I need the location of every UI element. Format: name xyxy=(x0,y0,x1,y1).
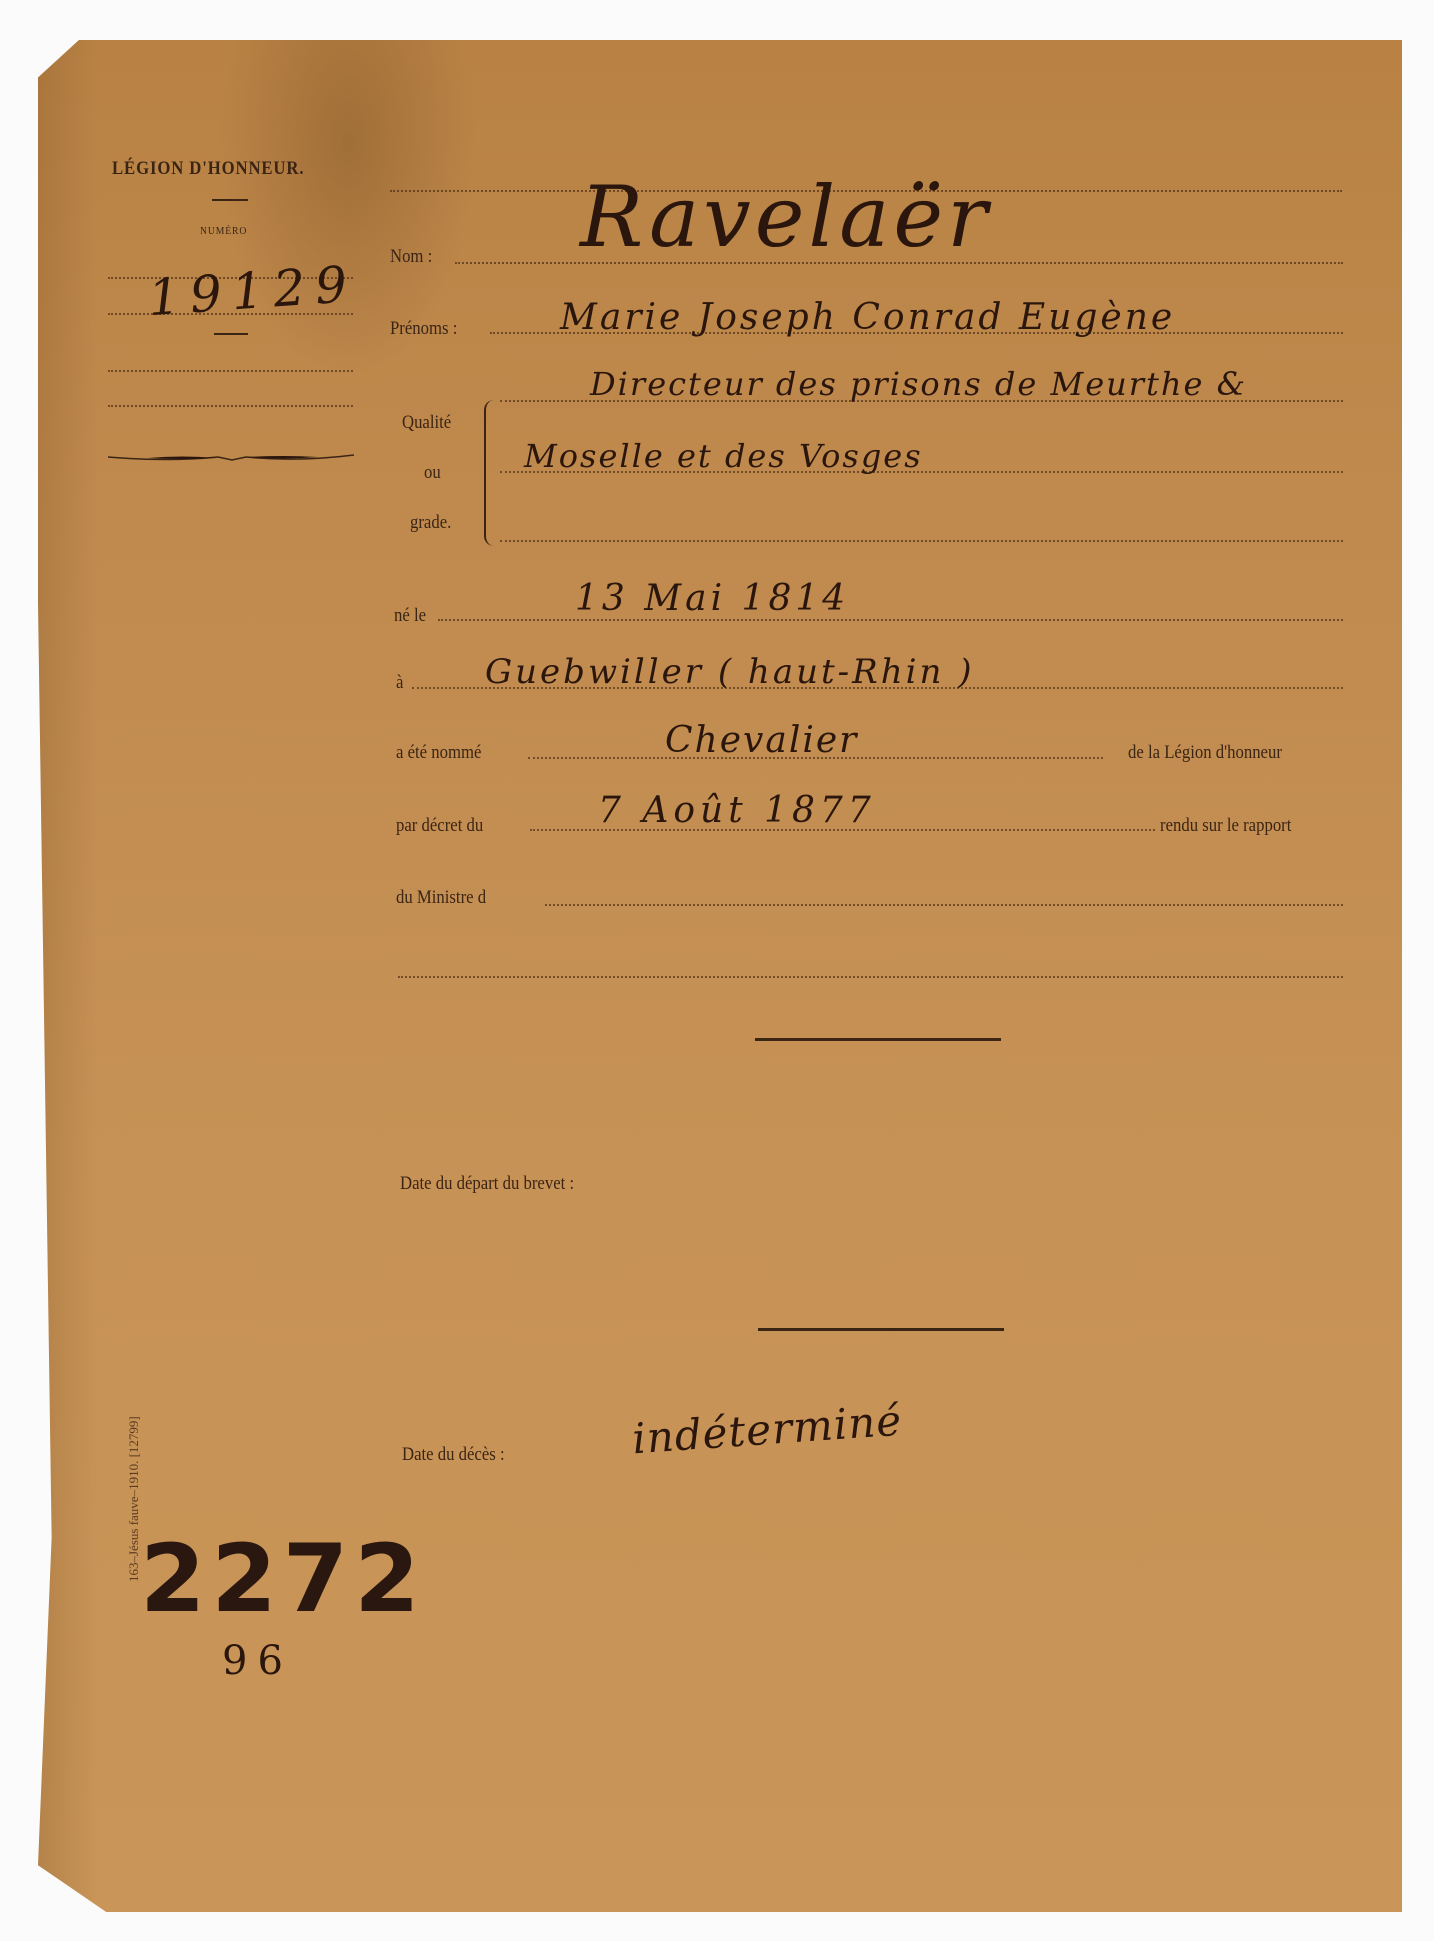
left-line-4 xyxy=(108,405,353,407)
decret-value: 7 Août 1877 xyxy=(598,790,876,831)
qualite-label: Qualité xyxy=(402,412,451,434)
prenoms-value: Marie Joseph Conrad Eugène xyxy=(560,297,1175,338)
nom-value: Ravelaër xyxy=(580,168,991,266)
separator-rule-2 xyxy=(758,1328,1004,1331)
scanned-document-page: LÉGION D'HONNEUR. NUMÉRO 19129 Nom : Rav… xyxy=(0,0,1434,1941)
lieu-label: à xyxy=(396,672,403,694)
ornamental-rule xyxy=(108,452,356,464)
box-number-stamp: 2272 xyxy=(140,1525,426,1634)
qualite-line-3 xyxy=(500,540,1343,542)
lieu-value: Guebwiller ( haut-Rhin ) xyxy=(485,652,974,692)
numero-underline xyxy=(214,333,248,335)
qualite-value-line-2: Moselle et des Vosges xyxy=(524,437,923,475)
ne-le-value: 13 Mai 1814 xyxy=(575,578,849,619)
ministre-line xyxy=(545,904,1343,906)
grade-label: grade. xyxy=(410,512,451,534)
ministre-label: du Ministre d xyxy=(396,887,486,909)
qualite-value-line-1: Directeur des prisons de Meurthe & xyxy=(590,365,1247,403)
depart-brevet-label: Date du départ du brevet : xyxy=(400,1173,574,1195)
legion-honneur-header: LÉGION D'HONNEUR. xyxy=(112,158,304,180)
ministre-line-2 xyxy=(398,976,1343,978)
decret-suffix: rendu sur le rapport xyxy=(1160,815,1291,837)
nomme-value: Chevalier xyxy=(665,720,858,761)
ne-le-line xyxy=(438,619,1343,621)
sub-number: 96 xyxy=(222,1638,293,1684)
ou-label: ou xyxy=(424,462,441,484)
nom-label: Nom : xyxy=(390,246,432,268)
header-rule xyxy=(212,199,248,201)
deces-label: Date du décès : xyxy=(402,1444,505,1466)
decret-label: par décret du xyxy=(396,815,483,837)
qualite-bracket xyxy=(484,400,496,546)
prenoms-label: Prénoms : xyxy=(390,318,457,340)
separator-rule-1 xyxy=(755,1038,1001,1041)
nomme-label: a été nommé xyxy=(396,742,481,764)
numero-label: NUMÉRO xyxy=(200,225,247,237)
ne-le-label: né le xyxy=(394,605,426,627)
left-line-3 xyxy=(108,370,353,372)
nomme-suffix: de la Légion d'honneur xyxy=(1128,742,1282,764)
